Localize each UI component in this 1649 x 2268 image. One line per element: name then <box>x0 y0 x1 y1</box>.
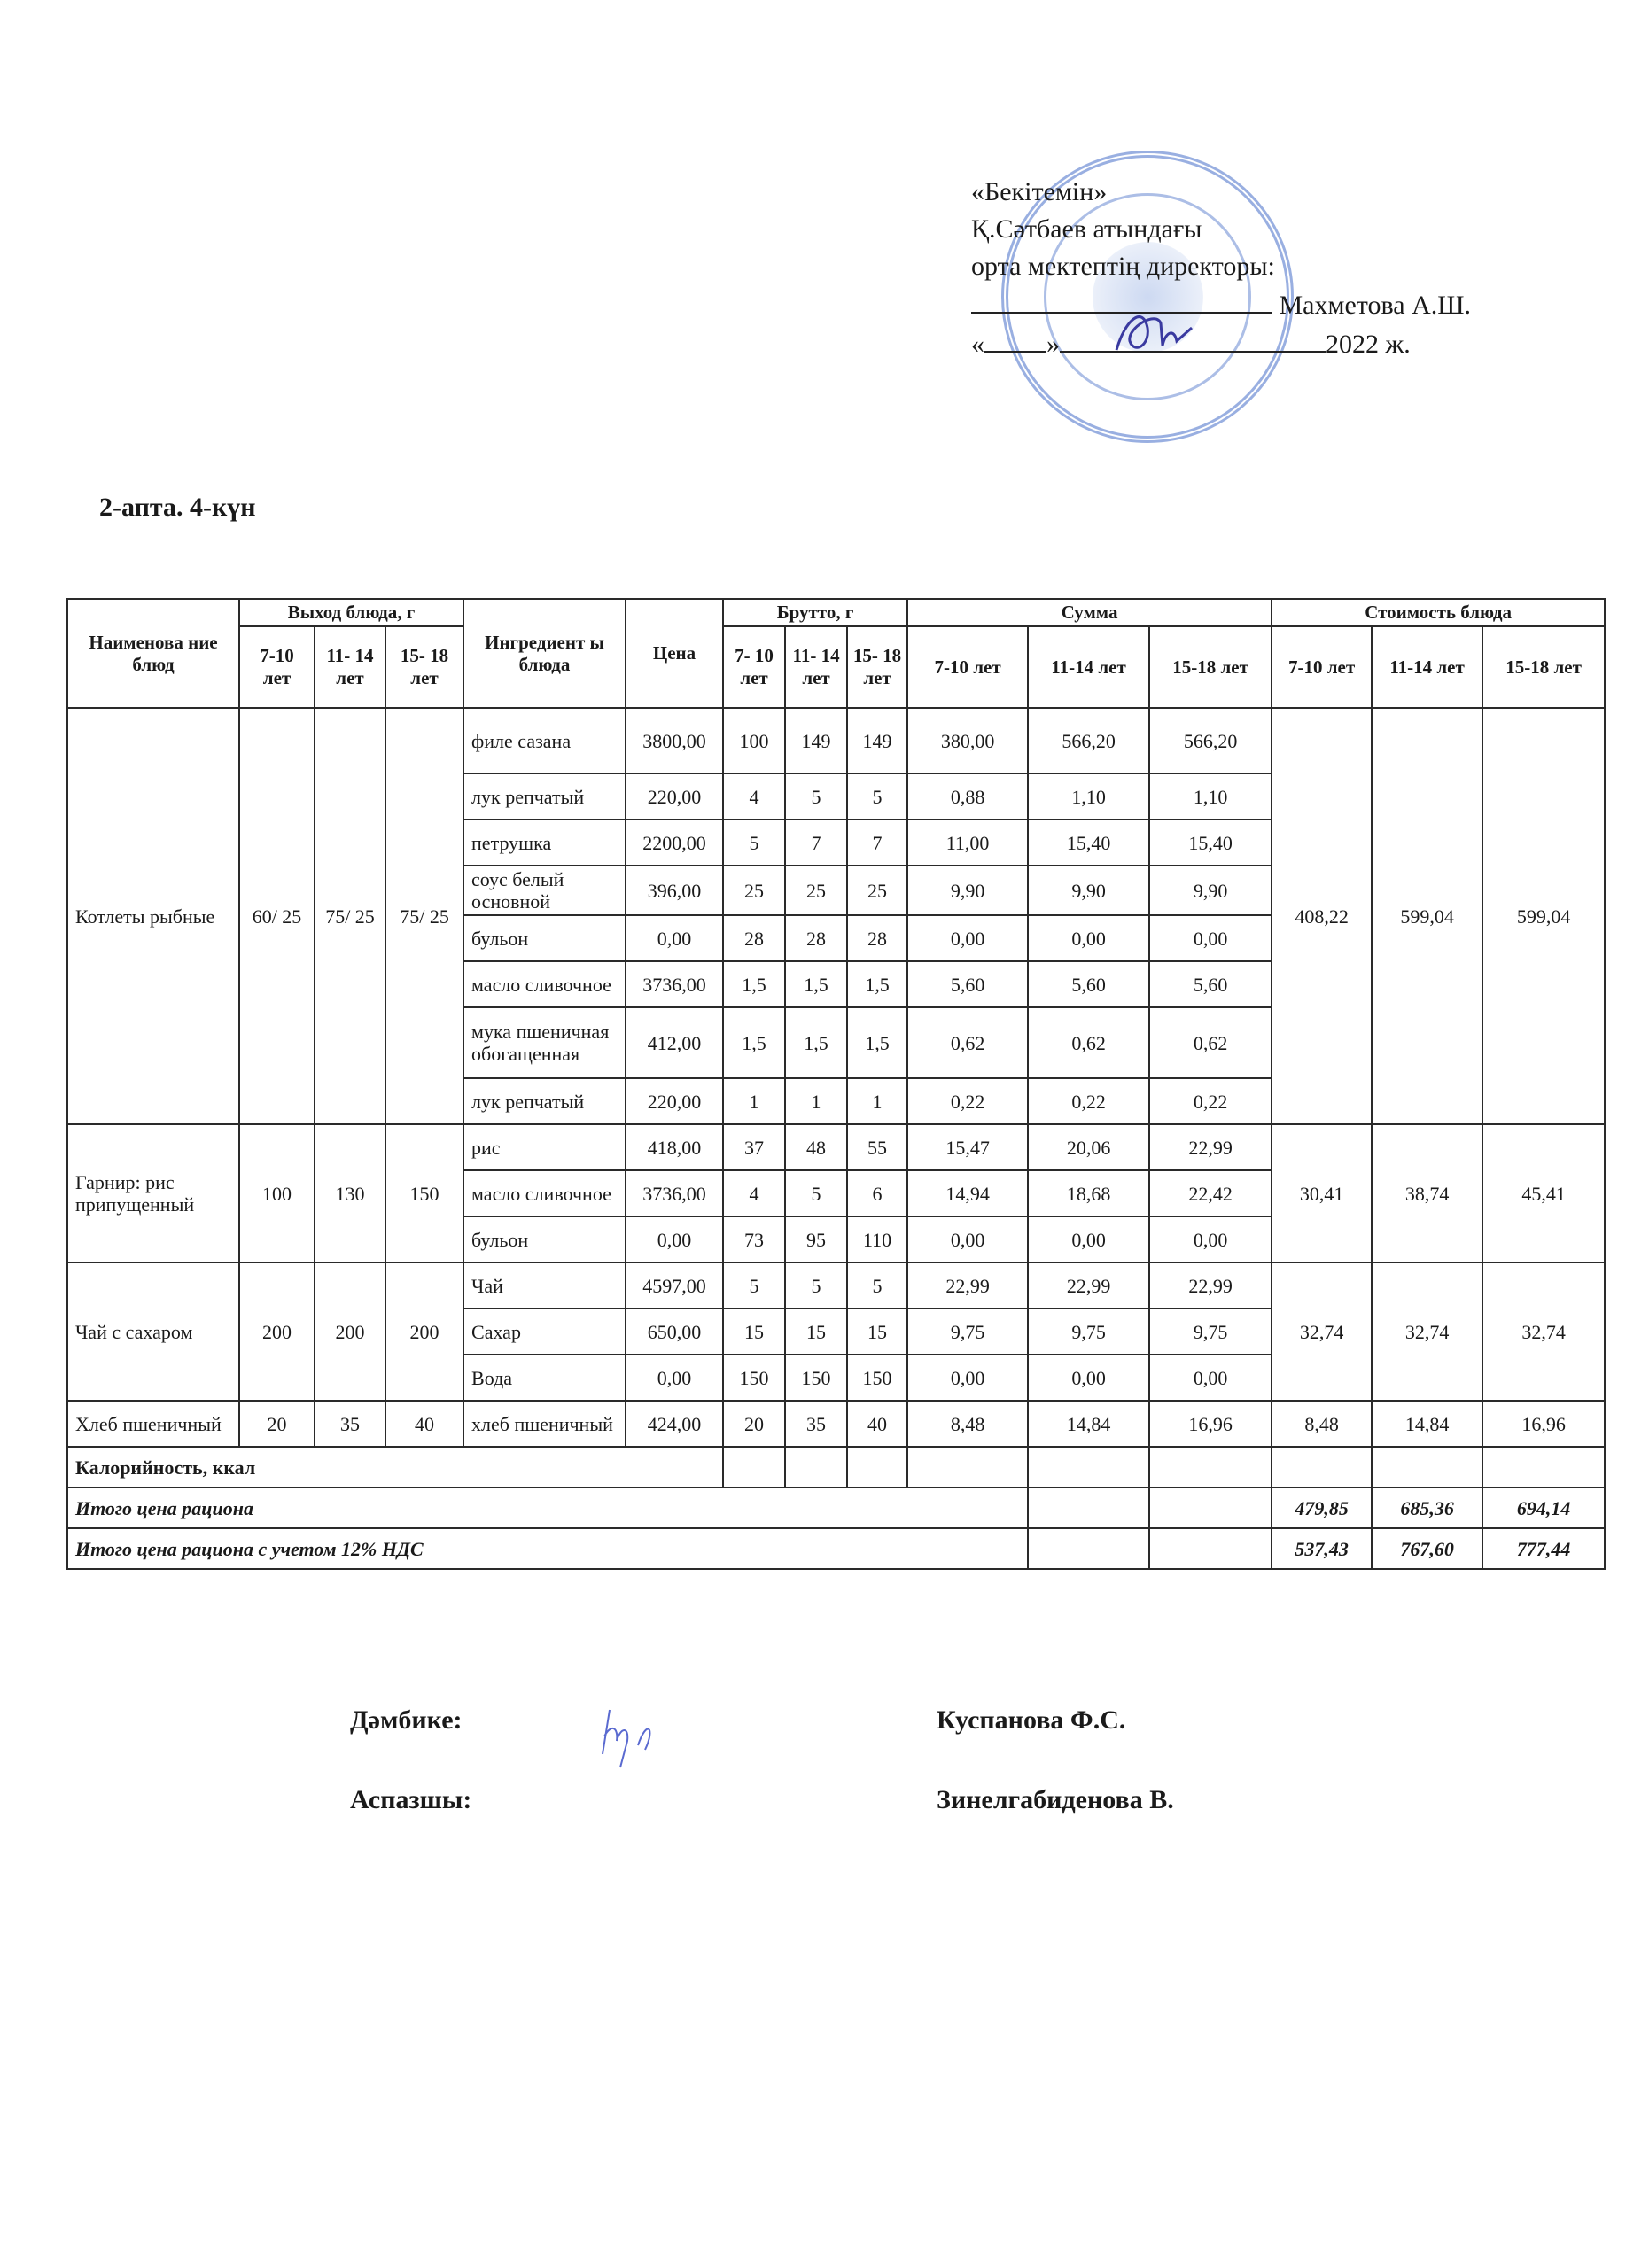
ingredient-brutto: 1 <box>847 1078 907 1124</box>
ingredient-name: масло сливочное <box>463 961 626 1007</box>
ingredient-sum: 15,40 <box>1028 819 1149 866</box>
total-vat-value: 767,60 <box>1372 1528 1482 1569</box>
cook-signature <box>585 1701 682 1772</box>
ingredient-price: 3736,00 <box>626 1170 723 1216</box>
header-sum-age: 15-18 лет <box>1149 626 1272 708</box>
total-vat-label: Итого цена рациона с учетом 12% НДС <box>67 1528 1028 1569</box>
ingredient-brutto: 37 <box>723 1124 785 1170</box>
ingredient-brutto: 1,5 <box>847 961 907 1007</box>
ingredient-sum: 0,00 <box>1149 1355 1272 1401</box>
ingredient-brutto: 25 <box>723 866 785 915</box>
ingredient-brutto: 15 <box>847 1309 907 1355</box>
ingredient-brutto: 28 <box>847 915 907 961</box>
day-title: 2-апта. 4-күн <box>99 493 256 523</box>
ingredient-price: 2200,00 <box>626 819 723 866</box>
dish-cost: 408,22 <box>1272 708 1372 1124</box>
approval-title: «Бекітемін» <box>971 174 1467 211</box>
ingredient-brutto: 1 <box>723 1078 785 1124</box>
ingredient-name: бульон <box>463 915 626 961</box>
ingredient-sum: 5,60 <box>907 961 1028 1007</box>
ingredient-brutto: 1 <box>785 1078 847 1124</box>
signer-row: Дәмбике: Куспанова Ф.С. <box>350 1705 1236 1785</box>
ingredient-sum: 0,62 <box>1028 1007 1149 1078</box>
calories-cell <box>1272 1447 1372 1487</box>
header-yield-age: 7-10 лет <box>239 626 315 708</box>
ingredient-sum: 5,60 <box>1149 961 1272 1007</box>
ingredient-sum: 9,75 <box>1028 1309 1149 1355</box>
ingredient-sum: 0,00 <box>1028 1216 1149 1262</box>
ingredient-price: 650,00 <box>626 1309 723 1355</box>
ingredient-name: хлеб пшеничный <box>463 1401 626 1447</box>
total-vat-empty <box>1149 1528 1272 1569</box>
ingredient-brutto: 48 <box>785 1124 847 1170</box>
ingredient-brutto: 4 <box>723 1170 785 1216</box>
ingredient-sum: 0,88 <box>907 773 1028 819</box>
ingredient-brutto: 35 <box>785 1401 847 1447</box>
ingredient-sum: 0,22 <box>907 1078 1028 1124</box>
ingredient-brutto: 5 <box>785 1170 847 1216</box>
ingredient-name: лук репчатый <box>463 1078 626 1124</box>
ingredient-price: 0,00 <box>626 1216 723 1262</box>
header-brutto-age: 11- 14 лет <box>785 626 847 708</box>
ingredient-brutto: 95 <box>785 1216 847 1262</box>
director-signature <box>1108 301 1232 363</box>
header-sum: Сумма <box>907 599 1272 626</box>
dish-cost: 32,74 <box>1372 1262 1482 1401</box>
ingredient-brutto: 73 <box>723 1216 785 1262</box>
ingredient-sum: 0,00 <box>907 1355 1028 1401</box>
header-price: Цена <box>626 599 723 708</box>
calories-cell <box>1372 1447 1482 1487</box>
date-quote-close: » <box>1046 330 1060 359</box>
ingredient-brutto: 5 <box>723 819 785 866</box>
dish-cost: 30,41 <box>1272 1124 1372 1262</box>
ingredient-sum: 22,99 <box>1028 1262 1149 1309</box>
ingredient-sum: 20,06 <box>1028 1124 1149 1170</box>
dish-yield: 130 <box>315 1124 385 1262</box>
ingredient-brutto: 100 <box>723 708 785 773</box>
ingredient-brutto: 28 <box>723 915 785 961</box>
ingredient-name: Чай <box>463 1262 626 1309</box>
ingredient-name: филе сазана <box>463 708 626 773</box>
dish-name: Котлеты рыбные <box>67 708 239 1124</box>
ingredient-sum: 0,00 <box>1028 1355 1149 1401</box>
ingredient-sum: 0,62 <box>1149 1007 1272 1078</box>
signers-block: Дәмбике: Куспанова Ф.С. Аспазшы: Зинелга… <box>350 1705 1236 1865</box>
ingredient-name: лук репчатый <box>463 773 626 819</box>
ingredient-price: 4597,00 <box>626 1262 723 1309</box>
dish-name: Хлеб пшеничный <box>67 1401 239 1447</box>
ingredient-brutto: 1,5 <box>723 1007 785 1078</box>
table-row: Чай с сахаром200200200Чай4597,0055522,99… <box>67 1262 1605 1309</box>
ingredient-sum: 18,68 <box>1028 1170 1149 1216</box>
header-yield-age: 11- 14 лет <box>315 626 385 708</box>
calories-label: Калорийность, ккал <box>67 1447 723 1487</box>
dish-yield: 200 <box>239 1262 315 1401</box>
approval-school: Қ.Сәтбаев атындағы <box>971 211 1467 248</box>
total-vat-value: 777,44 <box>1482 1528 1605 1569</box>
ingredient-price: 396,00 <box>626 866 723 915</box>
ingredient-sum: 14,94 <box>907 1170 1028 1216</box>
ingredient-brutto: 5 <box>785 773 847 819</box>
ingredient-brutto: 149 <box>847 708 907 773</box>
ingredient-price: 220,00 <box>626 773 723 819</box>
ingredient-brutto: 25 <box>785 866 847 915</box>
ingredient-sum: 22,99 <box>1149 1262 1272 1309</box>
ingredient-brutto: 1,5 <box>785 1007 847 1078</box>
ingredient-sum: 16,96 <box>1149 1401 1272 1447</box>
ingredient-brutto: 55 <box>847 1124 907 1170</box>
dish-cost: 45,41 <box>1482 1124 1605 1262</box>
ingredient-brutto: 28 <box>785 915 847 961</box>
ingredient-brutto: 40 <box>847 1401 907 1447</box>
ingredient-price: 3800,00 <box>626 708 723 773</box>
dish-yield: 75/ 25 <box>385 708 463 1124</box>
calories-cell <box>1482 1447 1605 1487</box>
header-brutto-age: 15- 18 лет <box>847 626 907 708</box>
ingredient-sum: 22,99 <box>907 1262 1028 1309</box>
header-brutto: Брутто, г <box>723 599 907 626</box>
header-dish-name: Наименова ние блюд <box>67 599 239 708</box>
header-brutto-age: 7- 10 лет <box>723 626 785 708</box>
ingredient-brutto: 150 <box>785 1355 847 1401</box>
ingredient-name: бульон <box>463 1216 626 1262</box>
ingredient-sum: 22,42 <box>1149 1170 1272 1216</box>
ingredient-brutto: 7 <box>847 819 907 866</box>
ingredient-price: 418,00 <box>626 1124 723 1170</box>
ingredient-price: 0,00 <box>626 1355 723 1401</box>
ingredient-sum: 1,10 <box>1028 773 1149 819</box>
ingredient-name: масло сливочное <box>463 1170 626 1216</box>
ingredient-sum: 0,00 <box>1149 1216 1272 1262</box>
ingredient-brutto: 5 <box>847 1262 907 1309</box>
header-cost-age: 11-14 лет <box>1372 626 1482 708</box>
date-year: 2022 ж. <box>1326 330 1411 359</box>
dish-yield: 60/ 25 <box>239 708 315 1124</box>
ingredient-sum: 0,00 <box>1028 915 1149 961</box>
dish-yield: 40 <box>385 1401 463 1447</box>
ingredient-sum: 14,84 <box>1028 1401 1149 1447</box>
header-ingredients: Ингредиент ы блюда <box>463 599 626 708</box>
ingredient-sum: 8,48 <box>907 1401 1028 1447</box>
dish-name: Гарнир: рис припущенный <box>67 1124 239 1262</box>
ingredient-sum: 566,20 <box>1149 708 1272 773</box>
dish-cost: 16,96 <box>1482 1401 1605 1447</box>
ingredient-sum: 9,90 <box>1028 866 1149 915</box>
calories-cell <box>847 1447 907 1487</box>
total-value: 479,85 <box>1272 1487 1372 1528</box>
ingredient-brutto: 110 <box>847 1216 907 1262</box>
ingredient-sum: 15,47 <box>907 1124 1028 1170</box>
dish-yield: 35 <box>315 1401 385 1447</box>
ingredient-brutto: 1,5 <box>847 1007 907 1078</box>
ingredient-price: 3736,00 <box>626 961 723 1007</box>
table-row: Хлеб пшеничный203540хлеб пшеничный424,00… <box>67 1401 1605 1447</box>
dish-cost: 32,74 <box>1272 1262 1372 1401</box>
total-vat-value: 537,43 <box>1272 1528 1372 1569</box>
ingredient-price: 412,00 <box>626 1007 723 1078</box>
ingredient-sum: 380,00 <box>907 708 1028 773</box>
table-row: Котлеты рыбные60/ 2575/ 2575/ 25филе саз… <box>67 708 1605 773</box>
menu-body: Котлеты рыбные60/ 2575/ 2575/ 25филе саз… <box>67 708 1605 1447</box>
ingredient-brutto: 20 <box>723 1401 785 1447</box>
dish-cost: 599,04 <box>1482 708 1605 1124</box>
ingredient-sum: 0,00 <box>907 915 1028 961</box>
ingredient-name: соус белый основной <box>463 866 626 915</box>
total-vat-empty <box>1028 1528 1149 1569</box>
total-empty <box>1028 1487 1149 1528</box>
dish-yield: 100 <box>239 1124 315 1262</box>
dish-yield: 200 <box>315 1262 385 1401</box>
ingredient-brutto: 5 <box>785 1262 847 1309</box>
calories-cell <box>907 1447 1028 1487</box>
ingredient-brutto: 5 <box>723 1262 785 1309</box>
total-label: Итого цена рациона <box>67 1487 1028 1528</box>
dish-cost: 38,74 <box>1372 1124 1482 1262</box>
dish-yield: 75/ 25 <box>315 708 385 1124</box>
dish-cost: 14,84 <box>1372 1401 1482 1447</box>
ingredient-brutto: 15 <box>785 1309 847 1355</box>
signer-role: Аспазшы: <box>350 1785 471 1815</box>
ingredient-sum: 0,62 <box>907 1007 1028 1078</box>
dish-cost: 599,04 <box>1372 708 1482 1124</box>
director-name: Махметова А.Ш. <box>1280 291 1472 320</box>
header-yield: Выход блюда, г <box>239 599 463 626</box>
ingredient-sum: 22,99 <box>1149 1124 1272 1170</box>
ingredient-sum: 1,10 <box>1149 773 1272 819</box>
date-day-blank <box>984 324 1046 353</box>
ingredient-brutto: 1,5 <box>785 961 847 1007</box>
ingredient-sum: 9,90 <box>1149 866 1272 915</box>
calories-cell <box>1028 1447 1149 1487</box>
header-sum-age: 7-10 лет <box>907 626 1028 708</box>
ingredient-brutto: 15 <box>723 1309 785 1355</box>
ingredient-brutto: 1,5 <box>723 961 785 1007</box>
ingredient-brutto: 7 <box>785 819 847 866</box>
signer-name: Зинелгабиденова В. <box>937 1785 1174 1815</box>
ingredient-sum: 9,75 <box>907 1309 1028 1355</box>
ingredient-sum: 9,90 <box>907 866 1028 915</box>
total-value: 685,36 <box>1372 1487 1482 1528</box>
ingredient-sum: 0,22 <box>1028 1078 1149 1124</box>
header-yield-age: 15- 18 лет <box>385 626 463 708</box>
ingredient-price: 424,00 <box>626 1401 723 1447</box>
ingredient-name: рис <box>463 1124 626 1170</box>
ingredient-brutto: 5 <box>847 773 907 819</box>
ingredient-price: 0,00 <box>626 915 723 961</box>
ingredient-brutto: 149 <box>785 708 847 773</box>
ingredient-price: 220,00 <box>626 1078 723 1124</box>
ingredient-sum: 15,40 <box>1149 819 1272 866</box>
header-cost-age: 15-18 лет <box>1482 626 1605 708</box>
date-quote-open: « <box>971 330 984 359</box>
dish-cost: 32,74 <box>1482 1262 1605 1401</box>
header-cost: Стоимость блюда <box>1272 599 1605 626</box>
ingredient-sum: 0,00 <box>907 1216 1028 1262</box>
total-empty <box>1149 1487 1272 1528</box>
ingredient-brutto: 4 <box>723 773 785 819</box>
dish-cost: 8,48 <box>1272 1401 1372 1447</box>
ingredient-sum: 11,00 <box>907 819 1028 866</box>
ingredient-brutto: 6 <box>847 1170 907 1216</box>
ingredient-brutto: 150 <box>723 1355 785 1401</box>
dish-yield: 20 <box>239 1401 315 1447</box>
dish-yield: 150 <box>385 1124 463 1262</box>
approval-position: орта мектептің директоры: <box>971 248 1467 285</box>
ingredient-name: мука пшеничная обогащенная <box>463 1007 626 1078</box>
ingredient-brutto: 150 <box>847 1355 907 1401</box>
calories-cell <box>723 1447 785 1487</box>
header-cost-age: 7-10 лет <box>1272 626 1372 708</box>
dish-name: Чай с сахаром <box>67 1262 239 1401</box>
total-value: 694,14 <box>1482 1487 1605 1528</box>
signer-role: Дәмбике: <box>350 1705 463 1736</box>
dish-yield: 200 <box>385 1262 463 1401</box>
calories-cell <box>1149 1447 1272 1487</box>
ingredient-sum: 5,60 <box>1028 961 1149 1007</box>
ingredient-sum: 0,00 <box>1149 915 1272 961</box>
ingredient-sum: 0,22 <box>1149 1078 1272 1124</box>
menu-table: Наименова ние блюд Выход блюда, г Ингред… <box>66 598 1606 1570</box>
calories-cell <box>785 1447 847 1487</box>
ingredient-name: Сахар <box>463 1309 626 1355</box>
signer-name: Куспанова Ф.С. <box>937 1705 1125 1736</box>
signer-row: Аспазшы: Зинелгабиденова В. <box>350 1785 1236 1865</box>
ingredient-name: Вода <box>463 1355 626 1401</box>
ingredient-brutto: 25 <box>847 866 907 915</box>
table-row: Гарнир: рис припущенный100130150рис418,0… <box>67 1124 1605 1170</box>
ingredient-name: петрушка <box>463 819 626 866</box>
header-sum-age: 11-14 лет <box>1028 626 1149 708</box>
ingredient-sum: 566,20 <box>1028 708 1149 773</box>
menu-footer: Калорийность, ккал Итого цена рациона 47… <box>67 1447 1605 1569</box>
ingredient-sum: 9,75 <box>1149 1309 1272 1355</box>
